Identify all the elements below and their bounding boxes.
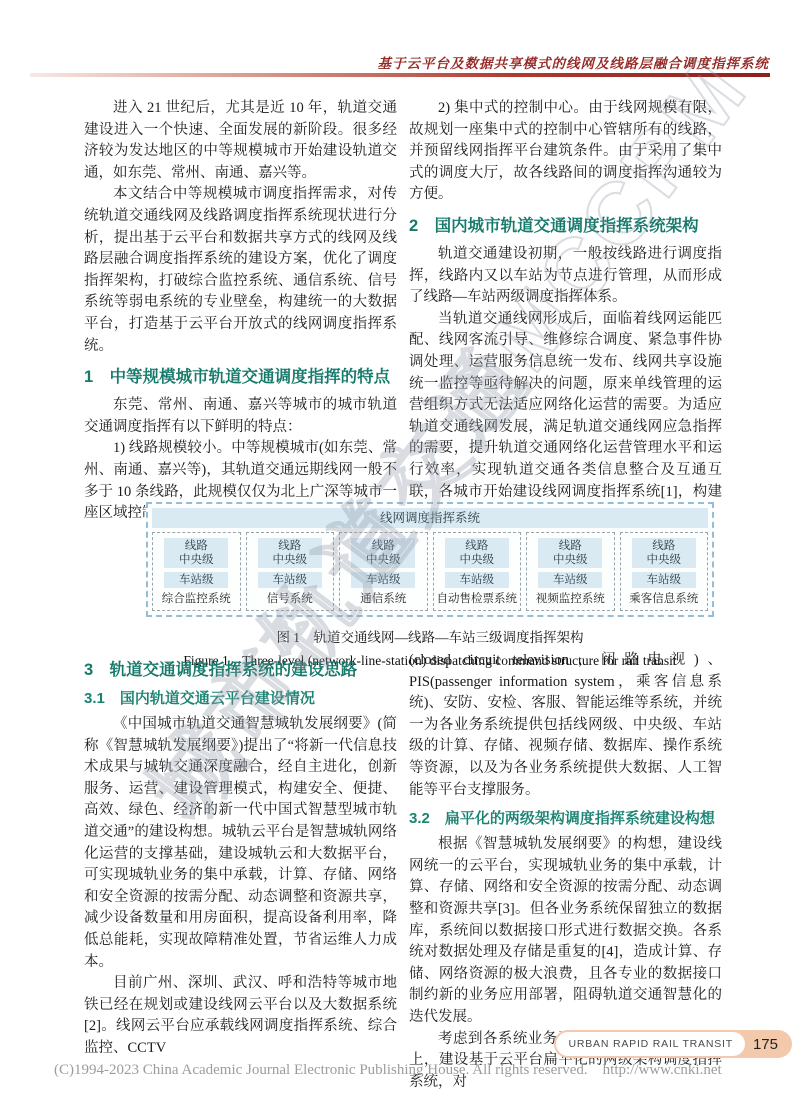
paragraph: 本文结合中等规模城市调度指挥需求，对传统轨道交通线网及线路调度指挥系统现状进行分… <box>84 184 397 357</box>
column-right-bottom: (closed circuit television，闭路电视)、PIS(pas… <box>409 650 722 1093</box>
paper-page: 基于云平台及数据共享模式的线网及线路层融合调度指挥系统 进入 21 世纪后，尤其… <box>0 0 800 1094</box>
station-level-box: 车站级 <box>632 572 696 588</box>
section-heading-3: 3 轨道交通调度指挥系统的建设思路 <box>84 659 397 681</box>
subsystem-label: 视频监控系统 <box>536 592 605 606</box>
journal-name-en: URBAN RAPID RAIL TRANSIT <box>556 1032 744 1056</box>
network-dispatch-system-bar: 线网调度指挥系统 <box>152 508 708 528</box>
paragraph: (closed circuit television，闭路电视)、PIS(pas… <box>409 650 722 801</box>
paragraph: 东莞、常州、南通、嘉兴等城市的城市轨道交通调度指挥有以下鲜明的特点： <box>84 395 397 438</box>
column-right-top: 2) 集中式的控制中心。由于线网规模有限，故规划一座集中式的控制中心管辖所有的线… <box>409 98 722 525</box>
figure-caption-zh: 图 1 轨道交通线网—线路—车站三级调度指挥架构 <box>146 626 714 646</box>
copyright-line: (C)1994-2023 China Academic Journal Elec… <box>54 1062 754 1079</box>
header-rule <box>30 73 770 77</box>
running-title: 基于云平台及数据共享模式的线网及线路层融合调度指挥系统 <box>378 52 770 72</box>
subsystem-column-afc: 线路 中央级 车站级 自动售检票系统 <box>433 532 522 611</box>
subsection-heading-3-2: 3.2 扁平化的两级架构调度指挥系统建设构想 <box>409 809 722 829</box>
subsystem-column-pis: 线路 中央级 车站级 乘客信息系统 <box>620 532 709 611</box>
subsection-heading-3-1: 3.1 国内轨道交通云平台建设情况 <box>84 689 397 709</box>
page-number: 175 <box>745 1036 790 1053</box>
central-level-label: 中央级 <box>351 553 415 567</box>
subsystem-label: 信号系统 <box>267 592 313 606</box>
station-level-box: 车站级 <box>445 572 509 588</box>
line-level-label: 线路 <box>351 539 415 553</box>
column-left-top: 进入 21 世纪后，尤其是近 10 年，轨道交通建设进入一个快速、全面发展的新阶… <box>84 98 397 525</box>
central-level-label: 中央级 <box>538 553 602 567</box>
central-level-label: 中央级 <box>258 553 322 567</box>
line-central-level-box: 线路 中央级 <box>164 538 228 568</box>
column-left-bottom: 3 轨道交通调度指挥系统的建设思路 3.1 国内轨道交通云平台建设情况 《中国城… <box>84 650 397 1060</box>
line-level-label: 线路 <box>632 539 696 553</box>
subsystem-label: 综合监控系统 <box>162 592 231 606</box>
paragraph: 进入 21 世纪后，尤其是近 10 年，轨道交通建设进入一个快速、全面发展的新阶… <box>84 98 397 184</box>
paragraph: 目前广州、深圳、武汉、呼和浩特等城市地铁已经在规划或建设线网云平台以及大数据系统… <box>84 973 397 1059</box>
paragraph: 2) 集中式的控制中心。由于线网规模有限，故规划一座集中式的控制中心管辖所有的线… <box>409 98 722 206</box>
line-level-label: 线路 <box>258 539 322 553</box>
subsystem-column-cctv: 线路 中央级 车站级 视频监控系统 <box>526 532 615 611</box>
subsystem-column-signal: 线路 中央级 车站级 信号系统 <box>246 532 335 611</box>
line-level-label: 线路 <box>538 539 602 553</box>
paragraph: 根据《智慧城轨发展纲要》的构想，建设线网统一的云平台，实现城轨业务的集中承载，计… <box>409 834 722 1028</box>
subsystem-label: 通信系统 <box>360 592 406 606</box>
subsystem-label: 自动售检票系统 <box>437 592 518 606</box>
central-level-label: 中央级 <box>445 553 509 567</box>
line-level-label: 线路 <box>445 539 509 553</box>
section-heading-2: 2 国内城市轨道交通调度指挥系统架构 <box>409 215 722 237</box>
subsystem-column-comm: 线路 中央级 车站级 通信系统 <box>339 532 428 611</box>
central-level-label: 中央级 <box>632 553 696 567</box>
subsystem-label: 乘客信息系统 <box>629 592 698 606</box>
station-level-box: 车站级 <box>164 572 228 588</box>
paragraph: 轨道交通建设初期，一般按线路进行调度指挥，线路内又以车站为节点进行管理，从而形成… <box>409 244 722 309</box>
figure-1: 线网调度指挥系统 线路 中央级 车站级 综合监控系统 线路 中央级 车站级 <box>146 502 714 669</box>
station-level-box: 车站级 <box>258 572 322 588</box>
paragraph: 当轨道交通线网形成后，面临着线网运能匹配、线网客流引导、维修综合调度、紧急事件协… <box>409 309 722 525</box>
journal-page-badge: URBAN RAPID RAIL TRANSIT 175 <box>554 1030 792 1058</box>
central-level-label: 中央级 <box>164 553 228 567</box>
line-central-level-box: 线路 中央级 <box>632 538 696 568</box>
line-central-level-box: 线路 中央级 <box>258 538 322 568</box>
station-level-box: 车站级 <box>351 572 415 588</box>
line-central-level-box: 线路 中央级 <box>445 538 509 568</box>
figure-subsystem-columns: 线路 中央级 车站级 综合监控系统 线路 中央级 车站级 信号系统 <box>152 532 708 611</box>
paragraph: 《中国城市轨道交通智慧城轨发展纲要》(简称《智慧城轨发展纲要》)提出了“将新一代… <box>84 714 397 973</box>
line-level-label: 线路 <box>164 539 228 553</box>
section-heading-1: 1 中等规模城市轨道交通调度指挥的特点 <box>84 366 397 388</box>
figure-diagram-frame: 线网调度指挥系统 线路 中央级 车站级 综合监控系统 线路 中央级 车站级 <box>146 502 714 617</box>
station-level-box: 车站级 <box>538 572 602 588</box>
line-central-level-box: 线路 中央级 <box>351 538 415 568</box>
line-central-level-box: 线路 中央级 <box>538 538 602 568</box>
subsystem-column-csc: 线路 中央级 车站级 综合监控系统 <box>152 532 241 611</box>
